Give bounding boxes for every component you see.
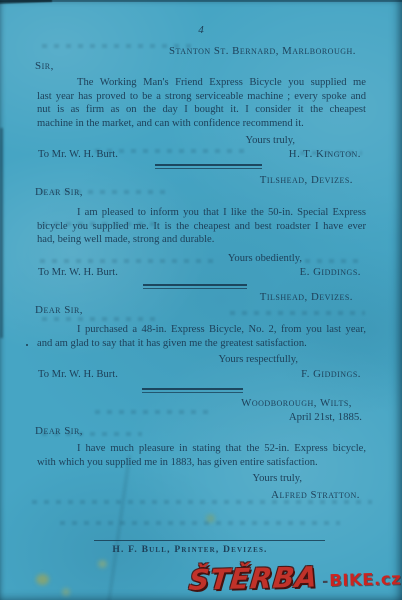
section-divider (155, 164, 262, 169)
letter-valediction: Yours truly, (246, 135, 295, 147)
show-through-texture (305, 259, 365, 263)
letter-signature: H. T. Kington. (289, 148, 361, 160)
letter-body: I am pleased to inform you that I like t… (37, 206, 366, 247)
paper-stain (36, 574, 49, 585)
letter-salutation: Dear Sir, (35, 304, 83, 316)
letter-body-line: nut is as firm as on the day I bought it… (37, 103, 366, 117)
letter-body-line: The Working Man's Friend Express Bicycle… (37, 76, 366, 90)
paper-stain (98, 560, 107, 568)
paper-crease (108, 456, 131, 600)
letter-salutation: Dear Sir, (35, 425, 83, 437)
page-edge-shadow (0, 0, 402, 2)
footer-rule (94, 540, 325, 541)
letter-location: Stanton St. Bernard, Marlborough. (169, 45, 356, 57)
letter-body: The Working Man's Friend Express Bicycle… (37, 76, 366, 130)
letter-salutation: Sir, (35, 60, 54, 72)
letter-body-line: machine in the market, and can with conf… (37, 117, 366, 131)
paper-stain (62, 588, 70, 596)
letter-body-line: last year has proved to be a strong serv… (37, 90, 366, 104)
letter-signoff-row: To Mr. W. H. Burt. H. T. Kington. (38, 148, 361, 160)
letter-signature: Alfred Stratton. (271, 489, 360, 501)
letter-date: April 21st, 1885. (289, 411, 362, 423)
letter-body-line: bicycle you supplied me. It is the cheap… (37, 220, 366, 234)
ink-speck (26, 344, 28, 346)
letter-body-line: I purchased a 48-in. Express Bicycle, No… (37, 323, 366, 337)
watermark: ŠTĚRBA - BIKE.cz (188, 558, 401, 598)
letter-body-line: I am pleased to inform you that I like t… (37, 206, 366, 220)
letter-signoff-row: To Mr. W. H. Burt. E. Giddings. (38, 266, 361, 278)
watermark-brand: ŠTĚRBA (187, 560, 319, 597)
letter-body-line: with which you supplied me in 1883, has … (37, 456, 366, 470)
letter-addressee: To Mr. W. H. Burt. (38, 267, 118, 278)
letter-salutation: Dear Sir, (35, 186, 83, 198)
letter-location: Tilshead, Devizes. (260, 174, 353, 186)
letter-signoff-row: To Mr. W. H. Burt. F. Giddings. (38, 368, 361, 380)
letter-signature: F. Giddings. (301, 368, 361, 380)
letter-body-line: I have much pleasure in stating that the… (37, 442, 366, 456)
page-edge-shadow (0, 128, 3, 338)
show-through-texture (230, 311, 365, 315)
page-number: 4 (0, 24, 402, 36)
printer-imprint: H. F. Bull, Printer, Devizes. (60, 544, 320, 555)
page-corner-shadow (0, 0, 52, 4)
letter-body-line: and am glad to say that it has given me … (37, 337, 366, 351)
section-divider (142, 388, 243, 393)
section-divider (143, 284, 247, 289)
letter-addressee: To Mr. W. H. Burt. (38, 149, 118, 160)
letter-body-line: had, being well made, strong and durable… (37, 233, 366, 247)
letter-addressee: To Mr. W. H. Burt. (38, 369, 118, 380)
letter-body: I have much pleasure in stating that the… (37, 442, 366, 469)
show-through-texture (95, 410, 215, 414)
letter-location: Tilshead, Devizes. (260, 291, 353, 303)
letter-valediction: Yours obediently, (228, 253, 302, 265)
scanned-document-page: 4 Stanton St. Bernard, Marlborough. Sir,… (0, 0, 402, 600)
show-through-texture (40, 259, 215, 263)
watermark-dash: - (322, 572, 329, 590)
letter-signature: E. Giddings. (300, 266, 361, 278)
letter-location: Woodborough, Wilts, (241, 397, 352, 409)
show-through-texture (60, 521, 340, 525)
show-through-texture (42, 317, 162, 321)
paper-stain (206, 514, 215, 523)
letter-valediction: Yours respectfully, (219, 354, 298, 366)
watermark-domain: BIKE.cz (329, 569, 401, 590)
letter-valediction: Yours truly, (253, 473, 302, 485)
letter-body: I purchased a 48-in. Express Bicycle, No… (37, 323, 366, 350)
